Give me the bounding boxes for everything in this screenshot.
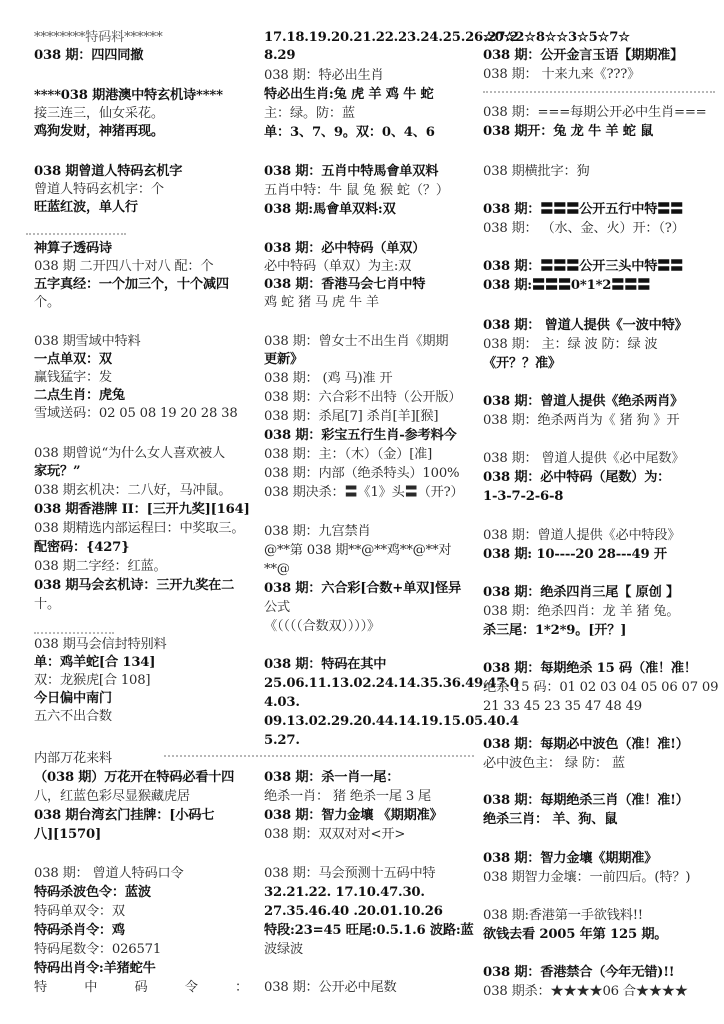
scan-artifact	[483, 91, 715, 93]
section-title: 038 期：每期绝杀三肖（准！准!）	[483, 792, 689, 810]
number-list: 21 33 45 23 35 47 48 49	[483, 698, 642, 716]
text-line: 绝杀一肖： 猪 绝杀一尾 3 尾	[264, 788, 431, 806]
text-line: 038 期：智力金壤 《期期准》	[264, 807, 443, 825]
text-line: 038 期： （水、金、火）开：（?）	[483, 220, 685, 238]
text-line: 038 期曾说“为什么女人喜欢被人	[34, 445, 225, 463]
text-line: 038 期:〓〓〓0*1*2〓〓〓	[483, 277, 650, 295]
text-line: 一点单双：双	[34, 351, 112, 369]
text-line: **@	[264, 561, 290, 579]
text-line: 雪域送码：02 05 08 19 20 28 38	[34, 405, 238, 423]
text-line: 038 期:馬會单双料:双	[264, 201, 396, 219]
text-line: 038 期: 10----20 28---49 开	[483, 546, 667, 564]
number-list: 绝杀 15 码：01 02 03 04 05 06 07 09	[483, 679, 718, 697]
text-line: 接三连三，仙女采花。	[34, 105, 164, 123]
char: 中	[84, 979, 97, 997]
section-title: 内部万花来料	[34, 750, 112, 768]
char: 特	[34, 979, 47, 997]
section-title: 038 期：===每期公开必中生肖===	[483, 104, 707, 122]
text-line: 赢钱猛字：发	[34, 369, 112, 387]
section-title: 038 期马会信封特别料	[34, 636, 166, 654]
text-line: 单：鸡羊蛇[合 134]	[34, 654, 155, 672]
section-title: 038 期：每期必中波色（准！准!）	[483, 736, 689, 754]
text-line: 十。	[34, 596, 60, 614]
section-title: 038 期： 曾道人提供《一波中特》	[483, 317, 688, 335]
section-title: 038 期：香港禁合（今年无错)!!	[483, 964, 674, 982]
text-line: 双：龙猴虎[合 108]	[34, 672, 150, 690]
text-line: 鸡 蛇 猪 马 虎 牛 羊	[264, 294, 379, 312]
char: 令	[185, 979, 198, 997]
text-line: 欲钱去看 2005 年第 125 期。	[483, 926, 667, 944]
text-line: 038 期横批字：狗	[483, 163, 590, 181]
text-line: 杀三尾：1*2*9。[开？]	[483, 622, 626, 640]
char: ：	[235, 979, 248, 997]
text-line: 038 期香港牌 II：[三开九奖][164]	[34, 501, 250, 519]
text-line: 038 期智力金壤：一前四后。(特？)	[483, 869, 690, 887]
number-list: 09.13.02.29.20.44.14.19.15.05.40.4	[264, 713, 519, 731]
text-line: 家玩？”	[34, 463, 80, 481]
section-title: 038 期：必中特码（单双）	[264, 240, 425, 258]
text-line: 038 期：杀尾[7] 杀肖[羊][猴]	[264, 408, 438, 426]
section-title: 038 期：公开必中尾数	[264, 979, 396, 997]
text-line: 特码杀肖令：鸡	[34, 922, 125, 940]
scan-artifact	[34, 632, 114, 634]
number-list: 1-3-7-2-6-8	[483, 488, 563, 506]
scan-artifact	[164, 755, 474, 757]
section-title: 038 期曾道人特码玄机字	[34, 163, 182, 181]
number-list: 32.21.22. 17.10.47.30.	[264, 884, 425, 902]
text-line: （038 期）万花开在特码必看十四	[34, 769, 234, 787]
text-line: 038 期二字经：红蓝。	[34, 558, 166, 576]
section-title: 038 期：五肖中特馬會单双料	[264, 163, 438, 181]
text-line: 旺蓝红波，单人行	[34, 199, 138, 217]
text-line: 二点生肖：虎兔	[34, 387, 125, 405]
section-title: 038 期:香港第一手欲钱料!!	[483, 907, 643, 925]
text-line: 038 期： (鸡 马)准 开	[264, 370, 392, 388]
text-line: @**第 038 期**@**鸡**@**对	[264, 542, 451, 560]
section-title: 038 期：杀一肖一尾：	[264, 769, 399, 787]
section-title: 038 期： 曾道人特码口令	[34, 865, 183, 883]
text-line: 鸡狗发财，神猪再现。	[34, 123, 164, 141]
number-list: 4.03.	[264, 694, 300, 712]
text-line: 五字真经：一个加三个，十个减四	[34, 276, 229, 294]
section-title: 038 期：马会预测十五码中特	[264, 865, 435, 883]
text-line: 038 期台湾玄门挂牌：[小码七	[34, 807, 214, 825]
text-line: 038 期决杀：〓《1》头〓（开?）	[264, 484, 463, 502]
text-line: 特必出生肖:兔 虎 羊 鸡 牛 蛇	[264, 86, 434, 104]
star-number-line: ☆0☆2☆8☆☆3☆5☆7☆	[483, 29, 630, 47]
text-line: 特码出肖令:羊猪蛇牛	[34, 960, 156, 978]
text-line: 五肖中特：牛 鼠 兔 猴 蛇（？）	[264, 182, 449, 200]
section-title: 038 期： 曾道人提供《必中尾数》	[483, 450, 684, 468]
scan-artifact	[26, 233, 126, 235]
section-title: 038 期：智力金壤《期期准》	[483, 850, 657, 868]
text-line: 必中波色主： 绿 防： 蓝	[483, 755, 625, 773]
text-line: 今日偏中南门	[34, 690, 112, 708]
text-line: 八，红蓝色彩尽显猴藏虎居	[34, 788, 190, 806]
text-line: 个。	[34, 294, 60, 312]
text-line: 038 期马会玄机诗：三开九奖在二	[34, 577, 234, 595]
text-line: 038 期开：兔 龙 牛 羊 蛇 鼠	[483, 123, 653, 141]
text-line: 单：3、7、9。双：0、4、6	[264, 124, 435, 142]
section-title: 038 期：特码在其中	[264, 656, 386, 674]
section-title: 038 期：特必出生肖	[264, 67, 383, 85]
text-line: 038 期：四四同撤	[34, 47, 143, 65]
text-line: 038 期：彩宝五行生肖-参考料今	[264, 427, 456, 445]
section-title: 038 期：曾女士不出生肖《期期	[264, 333, 448, 351]
text-line: 波绿波	[264, 941, 303, 959]
section-title: 038 期：曾道人提供《必中特段》	[483, 527, 680, 545]
text-line: 038 期：绝杀两肖为《 猪 狗 》开	[483, 412, 679, 430]
section-title: 038 期：公开金言玉语【期期准】	[483, 47, 683, 65]
text-line: 038 期：六合彩不出特（公开版）	[264, 389, 461, 407]
text-line: 038 期： 主：绿 波 防：绿 波	[483, 336, 657, 354]
text-line: 038 期：绝杀四肖：龙 羊 猪 兔。	[483, 603, 679, 621]
section-title: 038 期：九宫禁肖	[264, 523, 371, 541]
section-title: 038 期：曾道人提供《绝杀两肖》	[483, 393, 683, 411]
text-line: 配密码：{427}	[34, 539, 129, 557]
text-line: 038 期精选内部运程曰：中奖取三。	[34, 520, 244, 538]
section-title: 038 期雪域中特料	[34, 333, 141, 351]
section-title: ****038 期港澳中特玄机诗****	[34, 87, 223, 105]
number-list: 17.18.19.20.21.22.23.24.25.26.27.2	[264, 29, 519, 47]
section-title: 038 期：〓〓〓公开三头中特〓〓	[483, 258, 683, 276]
text-line: 曾道人特码玄机字：个	[34, 181, 164, 199]
number-list: 8.29	[264, 47, 295, 65]
text-line: 绝杀三肖： 羊、狗、鼠	[483, 811, 617, 829]
text-line: 特段:23=45 旺尾:0.5.1.6 波路:蓝	[264, 922, 474, 940]
char: 码	[135, 979, 148, 997]
number-list: 27.35.46.40 .20.01.10.26	[264, 903, 443, 921]
text-line: 038 期：双双对对<开>	[264, 826, 405, 844]
section-title: 038 期：绝杀四肖三尾【 原创 】	[483, 584, 679, 602]
text-line: 公式	[264, 599, 290, 617]
text-line: 《开？？准》	[483, 355, 561, 373]
number-list: 5.27.	[264, 732, 300, 750]
text-line: 八][1570]	[34, 826, 101, 844]
text-line: 必中特码（单双）为主:双	[264, 258, 411, 276]
text-line: 特码单双令：双	[34, 903, 125, 921]
number-list: 25.06.11.13.02.24.14.35.36.49.47.0	[264, 675, 519, 693]
text-line: 主：绿。防：蓝	[264, 105, 355, 123]
special-code-header: ********特码料******	[34, 29, 162, 47]
text-line: 更新》	[264, 351, 303, 369]
text-line: 038 期：香港马会七肖中特	[264, 276, 425, 294]
text-line: 特码杀波色令：蓝波	[34, 884, 151, 902]
text-line: 038 期：主：（木）（金）[准]	[264, 446, 432, 464]
section-title: 神算子透码诗	[34, 240, 112, 258]
text-line: 038 期： 十来九来《???》	[483, 66, 640, 84]
text-line: 五六不出合数	[34, 708, 112, 726]
section-title: 038 期：〓〓〓公开五行中特〓〓	[483, 201, 683, 219]
text-line: 038 期杀：★★★★06 合★★★★	[483, 983, 688, 1001]
text-line: 《（（（（合数双））））》	[264, 618, 380, 636]
text-line: 038 期：内部（绝杀特头）100%	[264, 465, 459, 483]
text-line: 特码尾数令：026571	[34, 941, 161, 959]
spaced-text-line: 特 中 码 令 ：	[34, 979, 248, 997]
section-title: 038 期：每期绝杀 15 码（准！准！	[483, 660, 697, 678]
section-title: 038 期：六合彩[合数+单双]怪异	[264, 580, 461, 598]
text-line: 038 期：必中特码（尾数）为：	[483, 469, 670, 487]
text-line: 038 期玄机决：二八好，马冲鼠。	[34, 482, 231, 500]
text-line: 038 期 二开四八十对八 配：个	[34, 258, 213, 276]
